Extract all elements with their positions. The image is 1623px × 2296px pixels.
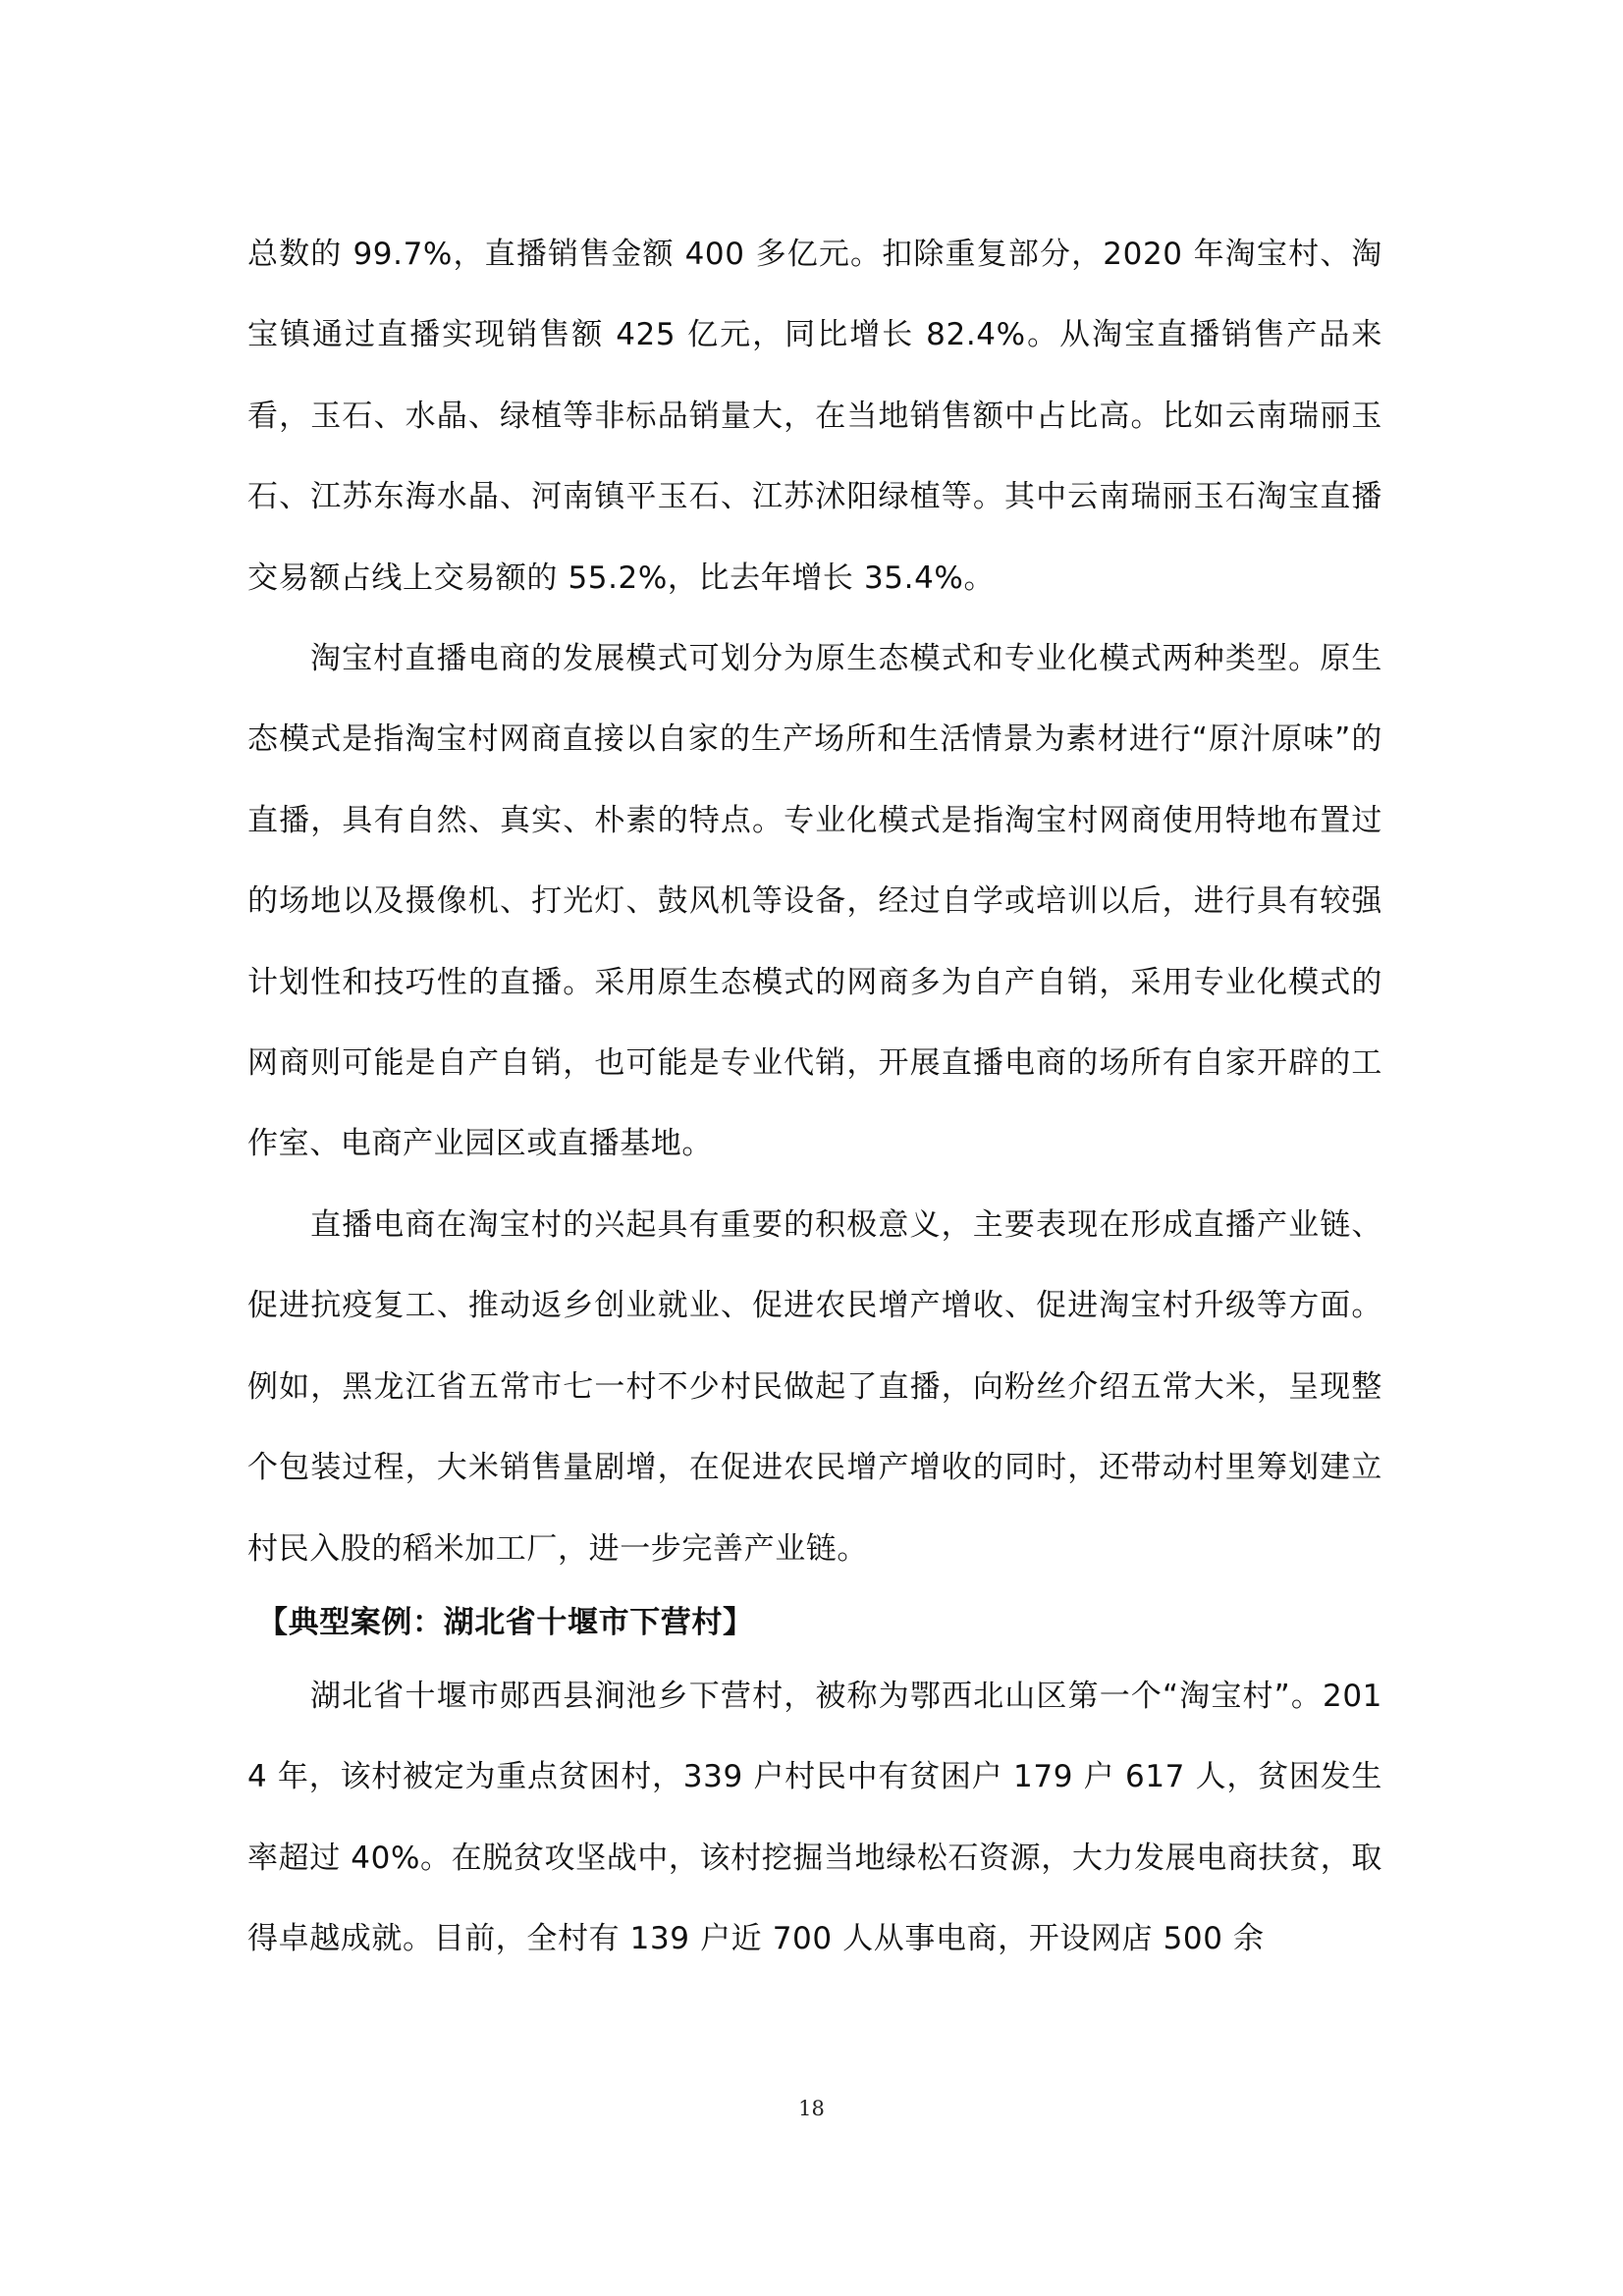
document-page: 总数的 99.7%，直播销售金额 400 多亿元。扣除重复部分，2020 年淘宝… xyxy=(247,214,1382,1980)
page-number: 18 xyxy=(0,2097,1623,2120)
paragraph-sales-stats: 总数的 99.7%，直播销售金额 400 多亿元。扣除重复部分，2020 年淘宝… xyxy=(247,214,1382,618)
case-heading: 【典型案例：湖北省十堰市下营村】 xyxy=(247,1589,1382,1656)
paragraph-case-xiaying: 湖北省十堰市郧西县涧池乡下营村，被称为鄂西北山区第一个“淘宝村”。2014 年，… xyxy=(247,1656,1382,1980)
paragraph-development-modes: 淘宝村直播电商的发展模式可划分为原生态模式和专业化模式两种类型。原生态模式是指淘… xyxy=(247,618,1382,1185)
paragraph-significance: 直播电商在淘宝村的兴起具有重要的积极意义，主要表现在形成直播产业链、促进抗疫复工… xyxy=(247,1185,1382,1589)
